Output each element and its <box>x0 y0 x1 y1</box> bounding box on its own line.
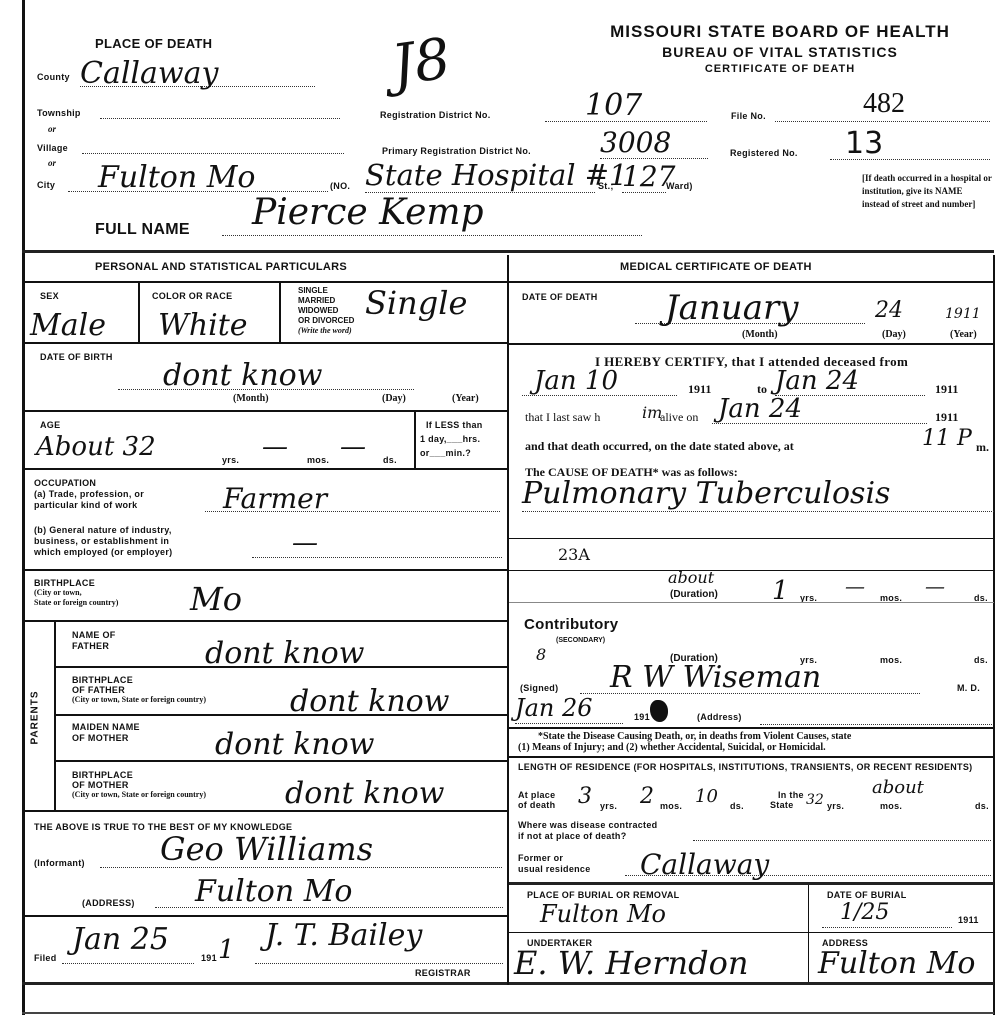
father-bp-rule <box>56 714 507 716</box>
in-state-ds-label: ds. <box>975 801 989 811</box>
burial-date-year: 1911 <box>958 915 979 925</box>
form-right-border <box>993 255 995 1015</box>
physician-signature: R W Wiseman <box>580 660 920 694</box>
in-state-yrs-label: yrs. <box>827 801 844 811</box>
contracted-label: Where was disease contracted if not at p… <box>518 820 657 842</box>
mother-bp-block: BIRTHPLACE OF MOTHER (City or town, Stat… <box>72 770 206 800</box>
footnote-line-2: (1) Means of Injury; and (2) whether Acc… <box>518 742 826 753</box>
father-name-rule <box>56 666 507 668</box>
county-value: Callaway <box>80 56 315 87</box>
occupation-a-value: Farmer <box>205 482 500 512</box>
institution-value: State Hospital #1 <box>365 158 595 193</box>
dob-month-hint: (Month) <box>233 393 269 404</box>
dob-label: DATE OF BIRTH <box>40 352 113 362</box>
occupation-a-line-2: particular kind of work <box>34 500 144 511</box>
time-of-death: 11 P <box>922 426 972 451</box>
age-ds-label: ds. <box>383 455 397 465</box>
color-label: COLOR OR RACE <box>152 291 232 301</box>
dob-value: dont know <box>118 358 414 390</box>
signed-rule <box>509 727 994 729</box>
ward-value: 127 <box>622 160 666 193</box>
date-of-death-label: DATE OF DEATH <box>522 292 598 302</box>
corner-mark: J8 <box>388 26 455 98</box>
less-than-line-3: or___min.? <box>420 446 483 460</box>
former-label-2: usual residence <box>518 864 591 875</box>
former-residence-label: Former or usual residence <box>518 853 591 875</box>
duration-label-1: (Duration) <box>670 589 718 600</box>
contracted-label-1: Where was disease contracted <box>518 820 657 831</box>
personal-title-rule <box>22 281 507 283</box>
time-suffix: m. <box>976 440 989 455</box>
in-state-label-2: State <box>770 800 804 810</box>
marital-value: Single <box>365 284 467 322</box>
informant-label: (Informant) <box>34 858 85 868</box>
at-place-mos-label: mos. <box>660 801 682 811</box>
registrar-signature: J. T. Bailey <box>255 918 503 964</box>
village-label: Village <box>37 143 68 153</box>
attend-from: Jan 10 <box>522 366 677 396</box>
in-state-label-1: In the <box>770 790 804 800</box>
contracted-label-2: if not at place of death? <box>518 831 657 842</box>
informant-value: Geo Williams <box>100 830 502 868</box>
age-row-rule <box>22 468 507 470</box>
at-place-ds-value: 10 <box>695 786 718 807</box>
age-mos-label: mos. <box>307 455 329 465</box>
mother-bp-label-2: OF MOTHER <box>72 780 206 790</box>
md-label: M. D. <box>957 683 980 693</box>
former-label-1: Former or <box>518 853 591 864</box>
village-value <box>82 141 344 154</box>
occupation-block: OCCUPATION (a) Trade, profession, or par… <box>34 478 144 511</box>
physician-address-label: (Address) <box>697 712 742 722</box>
county-label: County <box>37 72 70 82</box>
registered-no-label: Registered No. <box>730 148 798 158</box>
filed-year-suffix: 1 <box>218 935 235 965</box>
ink-blot <box>650 700 668 722</box>
date-of-death-month: January <box>635 288 865 324</box>
signed-year-prefix: 191 <box>634 712 650 722</box>
street-label: St.; <box>598 181 614 191</box>
age-mos-value: — <box>262 432 288 462</box>
marital-options: SINGLE MARRIED WIDOWED OR DIVORCED (Writ… <box>298 286 354 336</box>
father-bp-hint: (City or town, State or foreign country) <box>72 695 206 705</box>
registrar-label: REGISTRAR <box>415 968 471 978</box>
marital-option-divorced: OR DIVORCED <box>298 316 354 326</box>
birthplace-hint-2: State or foreign country) <box>34 598 118 608</box>
contributory-label: Contributory <box>524 616 618 633</box>
attend-from-year: 1911 <box>688 382 711 397</box>
color-divider <box>279 282 281 342</box>
undertaker-address-value: Fulton Mo <box>818 946 976 981</box>
signed-label: (Signed) <box>520 683 558 693</box>
marital-option-married: MARRIED <box>298 296 354 306</box>
age-label: AGE <box>40 420 60 430</box>
duration-ds-value: — <box>925 574 945 598</box>
footnote-rule <box>509 756 994 758</box>
father-bp-label-1: BIRTHPLACE <box>72 675 206 685</box>
attend-to: Jan 24 <box>775 366 925 396</box>
page-bottom-edge <box>22 1012 994 1014</box>
death-day-hint: (Day) <box>882 329 906 340</box>
duration-ds-2: ds. <box>974 655 988 665</box>
cause-blank-rule <box>509 538 994 539</box>
occupation-a-line-1: (a) Trade, profession, or <box>34 489 144 500</box>
street-no-label: (NO. <box>330 181 350 191</box>
father-name-label-2: FATHER <box>72 641 116 652</box>
duration-rule-1 <box>509 602 994 603</box>
at-place-mos-value: 2 <box>640 784 654 809</box>
at-place-ds-label: ds. <box>730 801 744 811</box>
in-state-mos-label: mos. <box>880 801 902 811</box>
last-saw-label: that I last saw h <box>525 410 600 425</box>
mother-name-value: dont know <box>215 727 374 762</box>
occurred-text: and that death occurred, on the date sta… <box>525 439 794 454</box>
occupation-row-rule <box>22 569 507 571</box>
header-divider <box>22 250 994 253</box>
mother-bp-hint: (City or town, State or foreign country) <box>72 790 206 800</box>
occupation-b-line-1: (b) General nature of industry, <box>34 525 172 536</box>
parents-side-label: PARENTS <box>30 690 41 744</box>
father-bp-label-2: OF FATHER <box>72 685 206 695</box>
burial-place-value: Fulton Mo <box>540 900 666 928</box>
less-than-day-block: If LESS than 1 day,___hrs. or___min.? <box>420 418 483 460</box>
form-left-border <box>22 0 25 1015</box>
file-no-value: 482 <box>775 88 990 122</box>
primary-district-label: Primary Registration District No. <box>382 146 531 156</box>
dob-row-rule <box>22 410 507 412</box>
residence-rule <box>509 882 994 885</box>
informant-address-value: Fulton Mo <box>155 874 503 908</box>
occupation-b-line-2: business, or establishment in <box>34 536 172 547</box>
or-1: or <box>48 124 56 134</box>
header-form-name: CERTIFICATE OF DEATH <box>560 63 1000 75</box>
header-title: MISSOURI STATE BOARD OF HEALTH <box>560 22 1000 42</box>
at-place-label-2: of death <box>518 800 555 810</box>
mother-bp-label-1: BIRTHPLACE <box>72 770 206 780</box>
marital-option-widowed: WIDOWED <box>298 306 354 316</box>
contracted-value <box>693 830 991 841</box>
sex-label: SEX <box>40 291 59 301</box>
residence-title: LENGTH OF RESIDENCE (FOR HOSPITALS, INST… <box>518 761 992 773</box>
place-of-death-heading: PLACE OF DEATH <box>95 36 212 51</box>
footnote-line-1: *State the Disease Causing Death, or, in… <box>538 731 851 742</box>
medical-title-rule <box>509 281 994 283</box>
header-subtitle: BUREAU OF VITAL STATISTICS <box>560 44 1000 60</box>
death-year-hint: (Year) <box>950 329 977 340</box>
father-name-block: NAME OF FATHER <box>72 630 116 652</box>
in-state-yrs-value: 32 <box>806 792 824 808</box>
in-state-label: In the State <box>770 790 804 810</box>
alive-on-label: alive on <box>660 410 698 425</box>
cause-of-death: Pulmonary Tuberculosis <box>522 476 994 512</box>
registration-district-label: Registration District No. <box>380 110 491 120</box>
undertaker-value: E. W. Herndon <box>514 944 748 982</box>
former-residence-value: Callaway <box>625 848 991 876</box>
in-state-note: about <box>872 777 924 798</box>
filed-label: Filed <box>34 953 57 963</box>
city-value: Fulton Mo <box>68 160 328 192</box>
filed-year-prefix: 191 <box>201 953 217 963</box>
age-value: About 32 <box>36 432 156 462</box>
last-saw-date: Jan 24 <box>712 394 927 424</box>
occupation-b-block: (b) General nature of industry, business… <box>34 525 172 558</box>
at-place-yrs-label: yrs. <box>600 801 617 811</box>
secondary-label: (SECONDARY) <box>556 637 605 644</box>
duration-mos-value: — <box>845 574 865 598</box>
burial-divider <box>808 885 809 985</box>
color-value: White <box>158 308 248 343</box>
birthplace-block: BIRTHPLACE (City or town, State or forei… <box>34 578 118 608</box>
dob-day-hint: (Day) <box>382 393 406 404</box>
death-month-hint: (Month) <box>742 329 778 340</box>
sex-row-rule <box>22 342 507 344</box>
occupation-b-value: — <box>252 528 502 558</box>
primary-district-value: 3008 <box>600 126 708 159</box>
or-2: or <box>48 158 56 168</box>
age-divider <box>414 412 416 468</box>
duration-about: about <box>668 568 714 587</box>
burial-place-label: PLACE OF BURIAL OR REMOVAL <box>527 890 679 900</box>
left-bottom-rule <box>22 982 507 985</box>
registration-district-value: 107 <box>545 88 707 122</box>
right-bottom-rule <box>509 982 994 985</box>
sex-divider <box>138 282 140 342</box>
mother-name-block: MAIDEN NAME OF MOTHER <box>72 722 140 744</box>
township-value <box>100 106 340 119</box>
father-bp-block: BIRTHPLACE OF FATHER (City or town, Stat… <box>72 675 206 705</box>
filed-date-value: Jan 25 <box>62 922 194 964</box>
at-place-yrs-value: 3 <box>578 784 592 809</box>
hospital-note: [If death occurred in a hospital or inst… <box>862 172 992 211</box>
date-of-death-rule <box>509 343 994 345</box>
age-yrs-label: yrs. <box>222 455 239 465</box>
birthplace-row-rule <box>22 620 507 622</box>
ward-label: Ward) <box>666 181 693 191</box>
full-name-value: Pierce Kemp <box>222 192 642 236</box>
cause-code-rule <box>509 570 994 571</box>
mother-bp-rule <box>22 810 507 812</box>
sex-value: Male <box>30 308 106 343</box>
at-place-label: At place of death <box>518 790 555 810</box>
cause-code: 23A <box>558 545 590 564</box>
medical-section-title: MEDICAL CERTIFICATE OF DEATH <box>620 261 812 273</box>
occupation-label: OCCUPATION <box>34 478 144 489</box>
mother-name-label-2: OF MOTHER <box>72 733 140 744</box>
less-than-line-1: If LESS than <box>420 418 483 432</box>
attend-to-year: 1911 <box>935 382 958 397</box>
age-ds-value: — <box>340 432 366 462</box>
mother-bp-value: dont know <box>285 776 444 811</box>
father-name-label-1: NAME OF <box>72 630 116 641</box>
burial-date-value: 1/25 <box>822 900 952 928</box>
city-label: City <box>37 180 55 190</box>
last-saw-year: 1911 <box>935 410 958 425</box>
birthplace-hint-1: (City or town, <box>34 588 118 598</box>
birthplace-value: Mo <box>190 580 242 618</box>
birthplace-label: BIRTHPLACE <box>34 578 118 588</box>
mother-name-rule <box>56 760 507 762</box>
informant-rule <box>22 915 507 917</box>
marital-option-single: SINGLE <box>298 286 354 296</box>
date-of-death-year: 1911 <box>945 306 981 322</box>
file-no-label: File No. <box>731 111 766 121</box>
column-divider <box>507 255 509 985</box>
full-name-label: FULL NAME <box>95 221 190 239</box>
date-of-death-day: 24 <box>875 298 903 323</box>
burial-date-label: DATE OF BURIAL <box>827 890 907 900</box>
informant-address-label: (ADDRESS) <box>82 898 135 908</box>
header-title-block: MISSOURI STATE BOARD OF HEALTH BUREAU OF… <box>560 22 1000 75</box>
occupation-b-line-3: which employed (or employer) <box>34 547 172 558</box>
physician-address-value <box>760 712 992 725</box>
signed-date: Jan 26 <box>515 694 623 724</box>
marital-hint: (Write the word) <box>298 326 354 336</box>
mother-name-label-1: MAIDEN NAME <box>72 722 140 733</box>
township-label: Township <box>37 108 81 118</box>
less-than-line-2: 1 day,___hrs. <box>420 432 483 446</box>
personal-section-title: PERSONAL AND STATISTICAL PARTICULARS <box>95 261 347 273</box>
contributory-mark: 8 <box>536 645 546 664</box>
registered-no-value: 13 <box>830 126 990 160</box>
dob-year-hint: (Year) <box>452 393 479 404</box>
burial-rule <box>509 932 994 933</box>
at-place-label-1: At place <box>518 790 555 800</box>
